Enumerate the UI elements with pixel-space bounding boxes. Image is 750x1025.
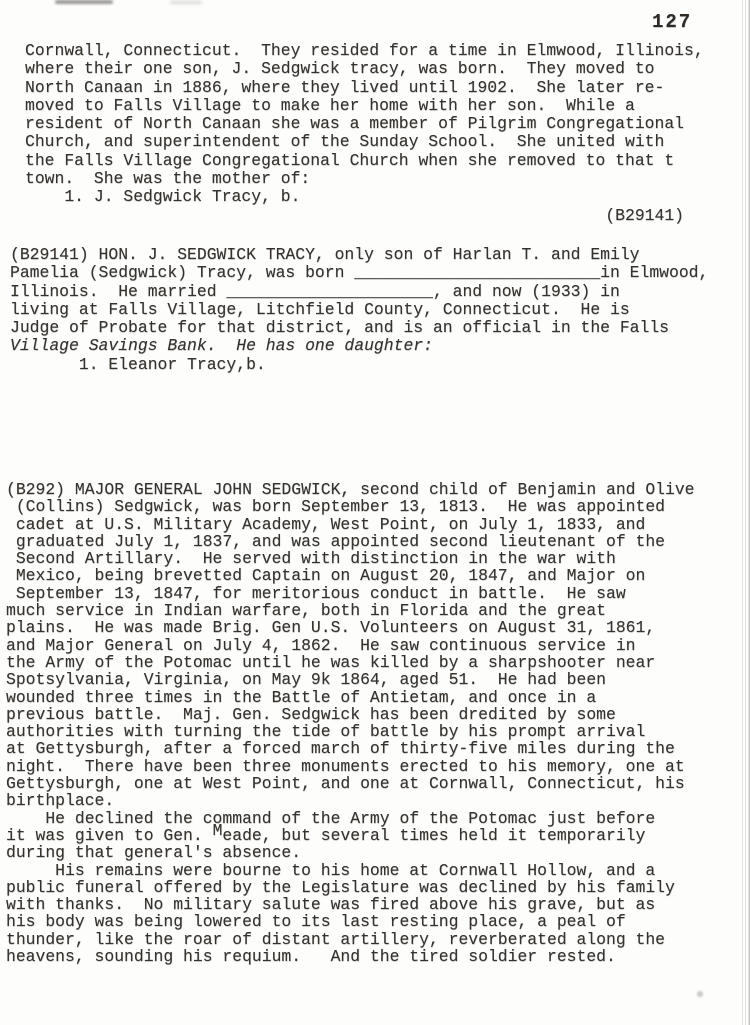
text-line: (B292) MAJOR GENERAL JOHN SEDGWICK, seco… [6,481,695,498]
page-number: 127 [652,11,692,33]
text-line: North Canaan in 1886, where they lived u… [25,79,704,97]
text-line: authorities with turning the tide of bat… [6,723,695,740]
text-line: Cornwall, Connecticut. They resided for … [25,42,704,60]
text-line: heavens, sounding his requium. And the t… [6,948,695,965]
text-line: public funeral offered by the Legislatur… [6,879,695,896]
text-line: night. There have been three monuments e… [6,758,695,775]
text-line: (Collins) Sedgwick, was born September 1… [6,498,695,515]
text-line: Judge of Probate for that district, and … [10,319,708,337]
text-line: plains. He was made Brig. Gen U.S. Volun… [6,619,695,636]
text-line: thunder, like the roar of distant artill… [6,931,695,948]
paragraph-b292-john-sedgwick: (B292) MAJOR GENERAL JOHN SEDGWICK, seco… [6,481,695,965]
text-line: where their one son, J. Sedgwick tracy, … [25,60,704,78]
paragraph-remains-funeral: His remains were bourne to his home at C… [6,862,695,966]
text-line: at Gettysburgh, after a forced march of … [6,740,695,757]
text-line: his body was being lowered to its last r… [6,913,695,930]
text-line: much service in Indian warfare, both in … [6,602,695,619]
text-line: town. She was the mother of: [25,170,704,188]
text-line: (B29141) [25,207,704,225]
scan-smudge [170,1,202,4]
text-line: He declined the command of the Army of t… [6,810,695,827]
text-line: the Falls Village Congregational Church … [25,152,704,170]
text-line: 1. J. Sedgwick Tracy, b. [25,188,704,206]
text-segment: it was given to Gen. [6,826,213,845]
paragraph-b29141-sedgwick-tracy: (B29141) HON. J. SEDGWICK TRACY, only so… [10,246,708,374]
scan-smudge [55,0,113,4]
text-line: Illinois. He married ___________________… [10,283,708,301]
text-line: graduated July 1, 1837, and was appointe… [6,533,695,550]
superscript-m: M [213,822,223,839]
text-line: resident of North Canaan she was a membe… [25,115,704,133]
text-line: Mexico, being brevetted Captain on Augus… [6,567,695,584]
paragraph-b292-lines: (B292) MAJOR GENERAL JOHN SEDGWICK, seco… [6,481,695,810]
text-line: His remains were bourne to his home at C… [6,862,695,879]
text-line: and Major General on July 4, 1862. He sa… [6,637,695,654]
child-list-item: 1. Eleanor Tracy,b. [10,356,708,374]
paragraph-declined-command: He declined the command of the Army of t… [6,810,695,862]
text-line: Church, and superintendent of the Sunday… [25,133,704,151]
scan-edge-artifact [740,0,750,1025]
text-line: Second Artillary. He served with distinc… [6,550,695,567]
text-segment: eade, but several times held it temporar… [222,826,645,845]
text-line: moved to Falls Village to make her home … [25,97,704,115]
text-line: Pamelia (Sedgwick) Tracy, was born _____… [10,264,708,282]
text-line: the Army of the Potomac until he was kil… [6,654,695,671]
paragraph-tracy-residence: Cornwall, Connecticut. They resided for … [25,42,704,225]
paragraph-b29141-lines: (B29141) HON. J. SEDGWICK TRACY, only so… [10,246,708,337]
text-line: cadet at U.S. Military Academy, West Poi… [6,516,695,533]
text-line: wounded three times in the Battle of Ant… [6,689,695,706]
text-line: previous battle. Maj. Gen. Sedgwick has … [6,706,695,723]
text-line: (B29141) HON. J. SEDGWICK TRACY, only so… [10,246,708,264]
text-line-meade: it was given to Gen. Meade, but several … [6,827,695,844]
text-line: September 13, 1847, for meritorious cond… [6,585,695,602]
document-page: 127 Cornwall, Connecticut. They resided … [0,0,750,1025]
text-line: birthplace. [6,792,695,809]
scan-speck [697,991,703,997]
text-line: Gettysburgh, one at West Point, and one … [6,775,695,792]
text-line: during that general's absence. [6,844,695,861]
italic-text-line: Village Savings Bank. He has one daughte… [10,337,708,355]
text-line: with thanks. No military salute was fire… [6,896,695,913]
text-line: living at Falls Village, Litchfield Coun… [10,301,708,319]
text-line: Spotsylvania, Virginia, on May 9k 1864, … [6,671,695,688]
